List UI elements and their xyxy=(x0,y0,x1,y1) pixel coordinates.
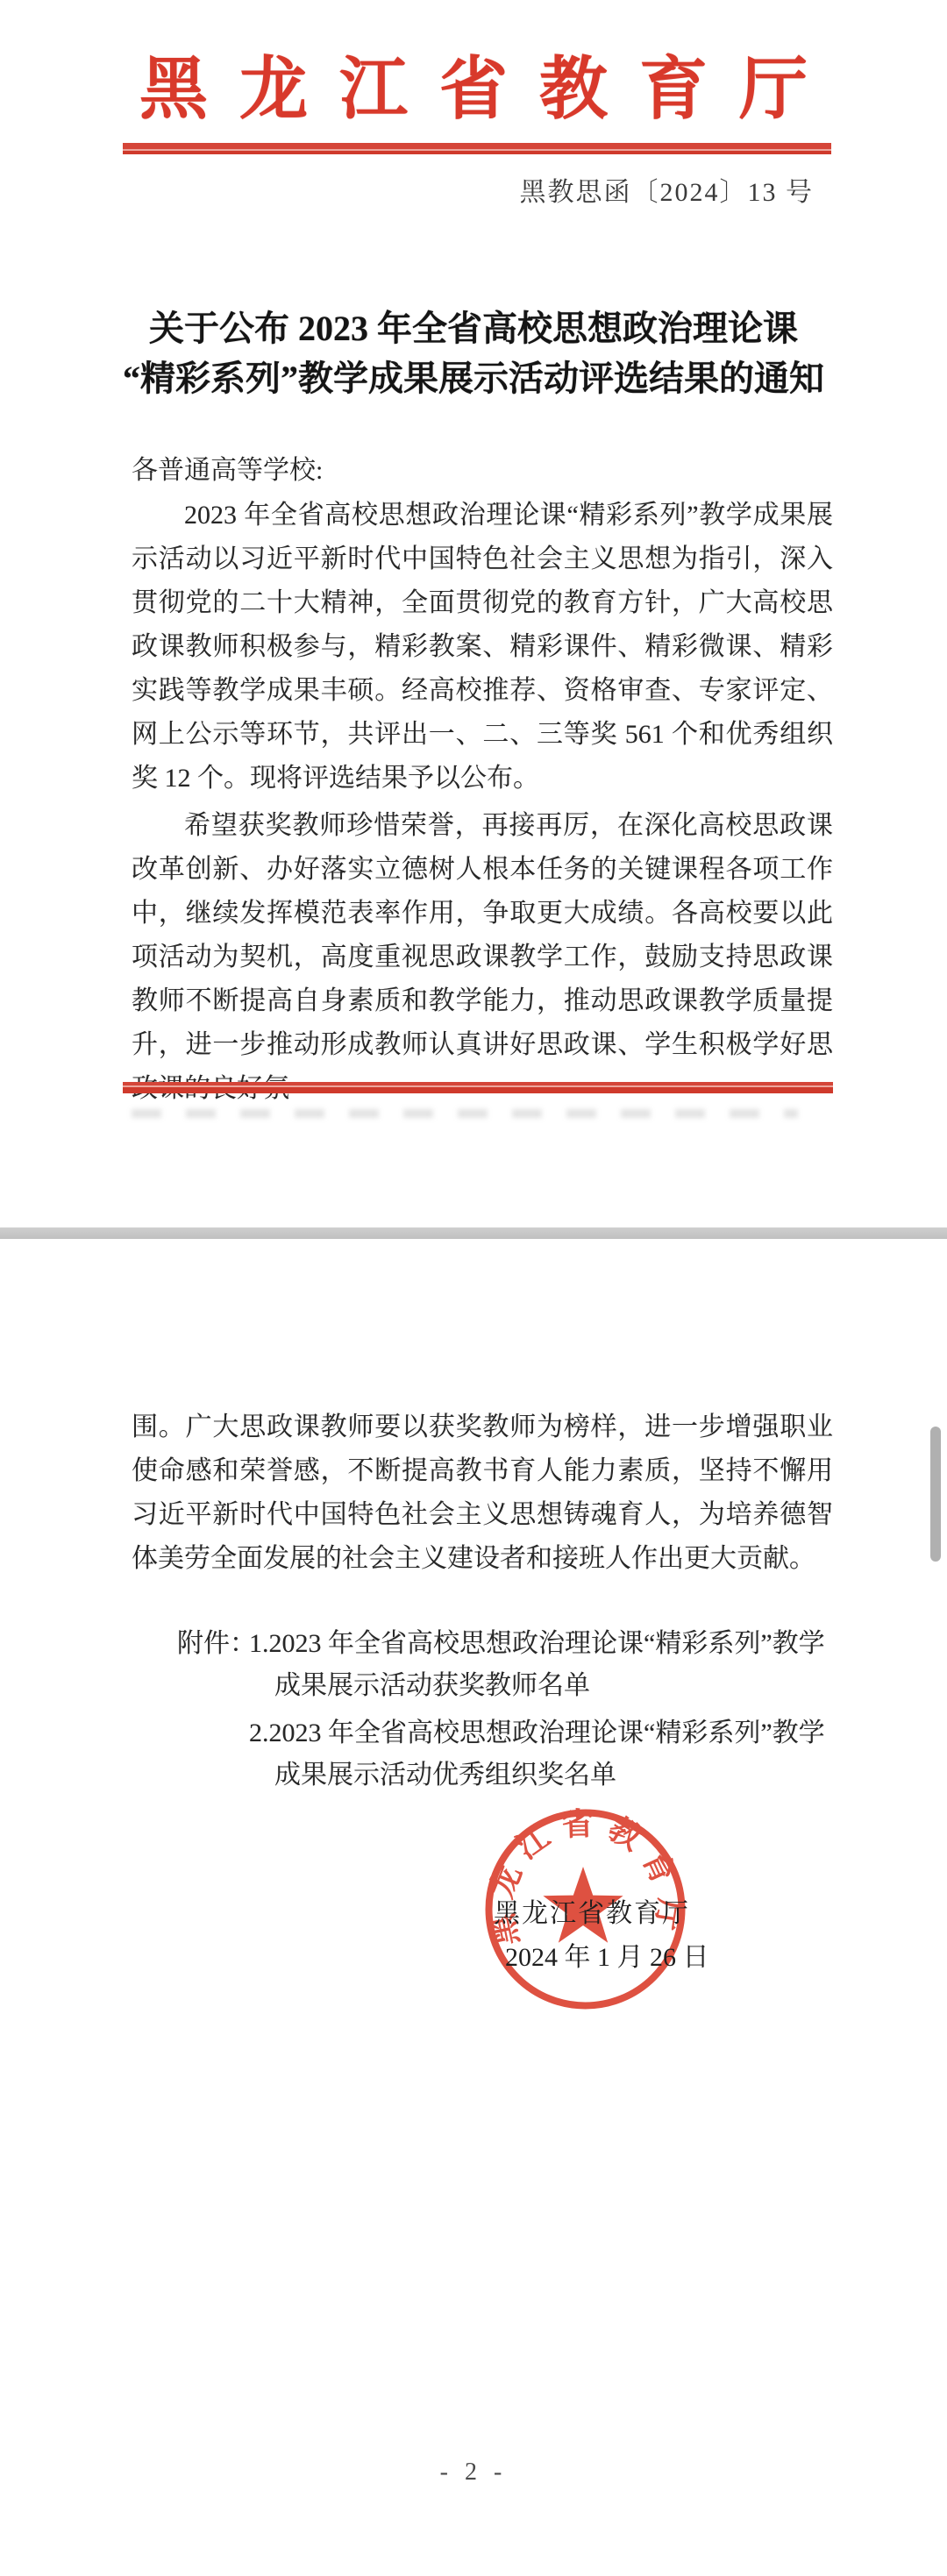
scrollbar-thumb[interactable] xyxy=(930,1427,941,1562)
document-page-1: 黑龙江省教育厅 黑教思函〔2024〕13 号 关于公布 2023 年全省高校思想… xyxy=(0,0,947,1228)
attachment-2-line1: 2.2023 年全省高校思想政治理论课“精彩系列”教学 xyxy=(249,1716,825,1751)
attachment-2-line2: 成果展示活动优秀组织奖名单 xyxy=(274,1758,616,1793)
body-paragraph-2-part2: 围。广大思政课教师要以获奖教师为榜样，进一步增强职业使命感和荣誉感，不断提高教书… xyxy=(132,1405,833,1581)
attachment-item-1: 附件：1.2023 年全省高校思想政治理论课“精彩系列”教学 xyxy=(177,1626,825,1662)
page-footer-divider xyxy=(123,1082,833,1093)
attachment-1-line2: 成果展示活动获奖教师名单 xyxy=(274,1669,590,1704)
document-number: 黑教思函〔2024〕13 号 xyxy=(520,175,815,210)
body-paragraph-1: 2023 年全省高校思想政治理论课“精彩系列”教学成果展示活动以习近平新时代中国… xyxy=(132,494,833,801)
signature-date: 2024 年 1 月 26 日 xyxy=(505,1940,709,1975)
salutation: 各普通高等学校: xyxy=(132,449,323,493)
scanned-document-view: 黑龙江省教育厅 黑教思函〔2024〕13 号 关于公布 2023 年全省高校思想… xyxy=(0,0,947,2576)
body-paragraph-2-part1: 希望获奖教师珍惜荣誉，再接再厉，在深化高校思政课改革创新、办好落实立德树人根本任… xyxy=(132,804,833,1111)
letterhead-divider xyxy=(123,143,831,154)
scan-artifact xyxy=(132,1109,798,1118)
page-separator xyxy=(0,1228,947,1239)
document-title: 关于公布 2023 年全省高校思想政治理论课 “精彩系列”教学成果展示活动评选结… xyxy=(0,303,947,403)
page-number: - 2 - xyxy=(0,2459,947,2487)
document-title-line2: “精彩系列”教学成果展示活动评选结果的通知 xyxy=(123,359,824,398)
document-title-line1: 关于公布 2023 年全省高校思想政治理论课 xyxy=(149,309,798,348)
attachment-1-line1: 1.2023 年全省高校思想政治理论课“精彩系列”教学 xyxy=(249,1629,825,1658)
document-page-2: 围。广大思政课教师要以获奖教师为榜样，进一步增强职业使命感和荣誉感，不断提高教书… xyxy=(0,1239,947,2576)
agency-letterhead: 黑龙江省教育厅 xyxy=(0,42,947,137)
attachments-label: 附件： xyxy=(177,1626,249,1662)
signature-agency: 黑龙江省教育厅 xyxy=(494,1896,690,1932)
